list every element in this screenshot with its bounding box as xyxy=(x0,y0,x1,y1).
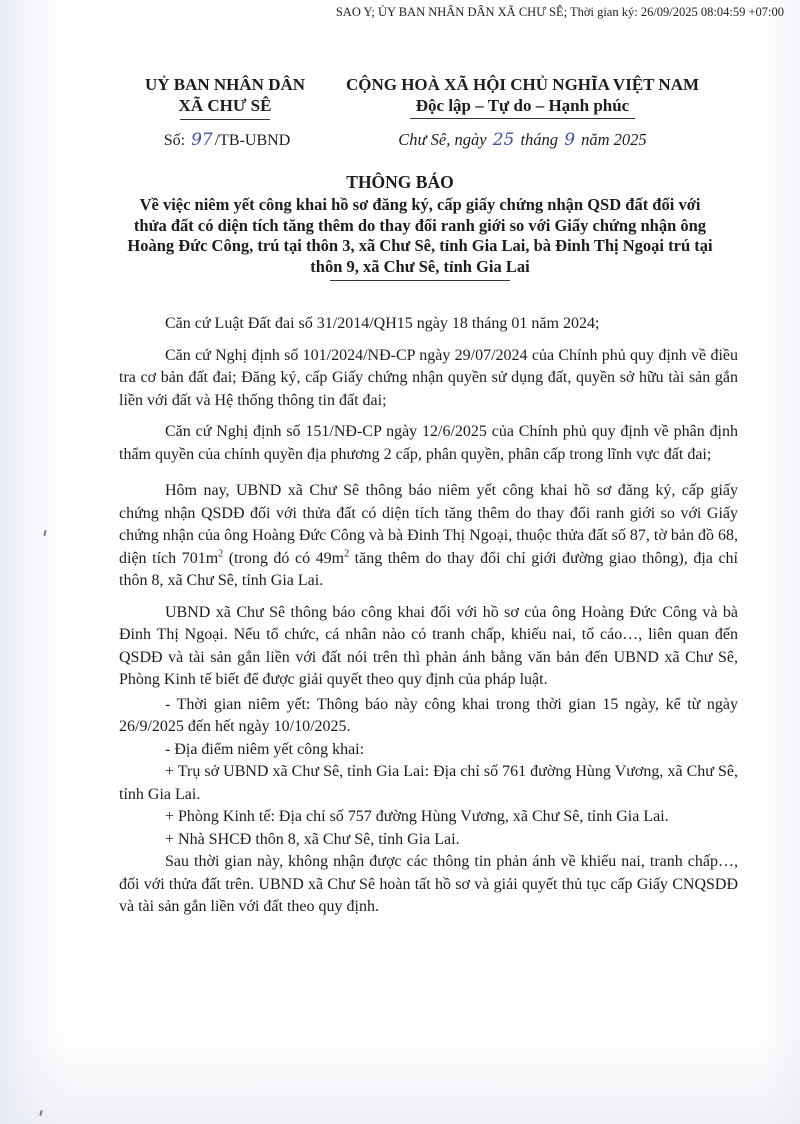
closing-paragraph: Sau thời gian này, không nhận được các t… xyxy=(119,851,738,919)
handwritten-number: 97 xyxy=(189,130,215,150)
subject-underline xyxy=(330,280,510,281)
location-item: + Trụ sở UBND xã Chư Sê, tỉnh Gia Lai: Đ… xyxy=(119,761,738,806)
posting-locations-label: - Địa điểm niêm yết công khai: xyxy=(119,739,738,762)
subject-text: Về việc niêm yết công khai hồ sơ đăng ký… xyxy=(125,195,715,277)
document-date: Chư Sê, ngày 25 tháng 9 năm 2025 xyxy=(340,130,705,150)
number-prefix: Số: xyxy=(164,132,185,149)
document-subject: Về việc niêm yết công khai hồ sơ đăng ký… xyxy=(125,195,715,281)
motto: Độc lập – Tự do – Hạnh phúc xyxy=(340,95,705,116)
location-item: + Nhà SHCĐ thôn 8, xã Chư Sê, tỉnh Gia L… xyxy=(119,829,738,852)
digital-signature-stamp: SAO Y; ỦY BAN NHÂN DÂN XÃ CHƯ SÊ; Thời g… xyxy=(336,5,784,20)
notice-paragraph: Hôm nay, UBND xã Chư Sê thông báo niêm y… xyxy=(119,480,738,593)
scan-speck xyxy=(39,1110,42,1116)
notice-part-2: (trong đó có 49m xyxy=(223,550,344,567)
national-motto: CỘNG HOÀ XÃ HỘI CHỦ NGHĨA VIỆT NAM Độc l… xyxy=(340,74,705,119)
number-suffix: /TB-UBND xyxy=(215,132,291,149)
location-item: + Phòng Kinh tế: Địa chỉ số 757 đường Hù… xyxy=(119,806,738,829)
document-title: THÔNG BÁO xyxy=(0,172,800,193)
issuer-line-2: XÃ CHƯ SÊ xyxy=(130,95,320,116)
nation-name: CỘNG HOÀ XÃ HỘI CHỦ NGHĨA VIỆT NAM xyxy=(340,74,705,95)
document-body: Căn cứ Luật Đất đai số 31/2014/QH15 ngày… xyxy=(119,313,738,919)
document-number: Số: 97/TB-UBND xyxy=(132,130,322,150)
date-month-label: tháng xyxy=(520,130,558,149)
complaint-paragraph: UBND xã Chư Sê thông báo công khai đối v… xyxy=(119,602,738,692)
handwritten-day: 25 xyxy=(491,130,517,150)
issuing-authority: UỶ BAN NHÂN DÂN XÃ CHƯ SÊ xyxy=(130,74,320,120)
posting-period: - Thời gian niêm yết: Thông báo này công… xyxy=(119,694,738,739)
legal-basis-3: Căn cứ Nghị định số 151/NĐ-CP ngày 12/6/… xyxy=(119,421,738,466)
legal-basis-1: Căn cứ Luật Đất đai số 31/2014/QH15 ngày… xyxy=(119,313,738,336)
scan-shading xyxy=(0,1034,800,1124)
date-year: năm 2025 xyxy=(581,130,647,149)
issuer-line-1: UỶ BAN NHÂN DÂN xyxy=(130,74,320,95)
motto-underline xyxy=(410,118,635,119)
handwritten-month: 9 xyxy=(562,130,577,150)
scan-speck xyxy=(43,530,46,536)
issuer-underline xyxy=(180,119,270,120)
legal-basis-2: Căn cứ Nghị định số 101/2024/NĐ-CP ngày … xyxy=(119,345,738,413)
date-place: Chư Sê, ngày xyxy=(398,130,486,149)
